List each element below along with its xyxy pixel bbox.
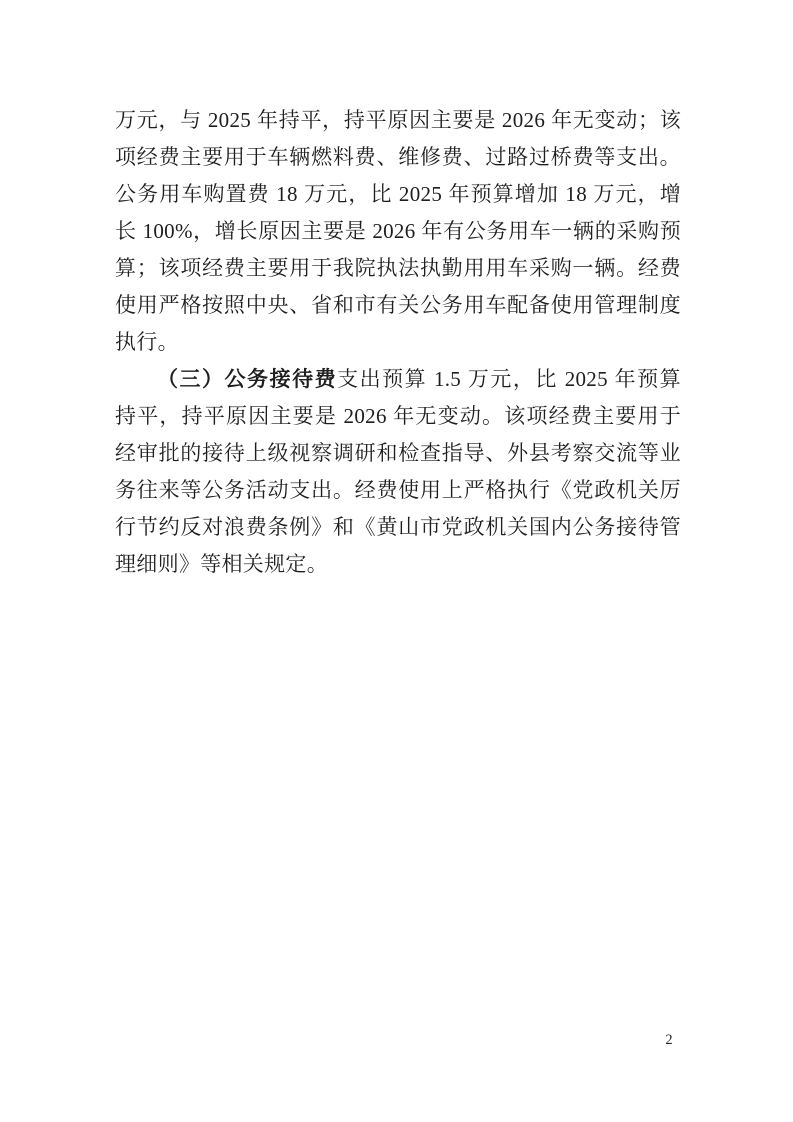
p1-line-6: 使用严格按照中央、省和市有关公务用车配备使用管理制度 (115, 287, 681, 324)
p2-line-2: 持平，持平原因主要是 2026 年无变动。该项经费主要用于 (115, 398, 681, 435)
p2-line-1: （三）公务接待费支出预算 1.5 万元，比 2025 年预算 (115, 361, 681, 398)
section-3-heading: （三）公务接待费 (157, 367, 337, 391)
p1-line-2: 项经费主要用于车辆燃料费、维修费、过路过桥费等支出。 (115, 139, 681, 176)
p1-line-1: 万元，与 2025 年持平，持平原因主要是 2026 年无变动；该 (115, 102, 681, 139)
p2-line-4: 务往来等公务活动支出。经费使用上严格执行《党政机关厉 (115, 472, 681, 509)
p2-line-1-rest: 支出预算 1.5 万元，比 2025 年预算 (337, 367, 681, 391)
document-page: 万元，与 2025 年持平，持平原因主要是 2026 年无变动；该 项经费主要用… (0, 0, 793, 1122)
page-number: 2 (659, 1030, 679, 1050)
p1-line-5: 算；该项经费主要用于我院执法执勤用用车采购一辆。经费 (115, 250, 681, 287)
p2-line-6: 理细则》等相关规定。 (115, 546, 681, 583)
p1-line-3: 公务用车购置费 18 万元，比 2025 年预算增加 18 万元，增 (115, 176, 681, 213)
p2-line-3: 经审批的接待上级视察调研和检查指导、外县考察交流等业 (115, 435, 681, 472)
p2-line-5: 行节约反对浪费条例》和《黄山市党政机关国内公务接待管 (115, 509, 681, 546)
p1-line-4: 长 100%，增长原因主要是 2026 年有公务用车一辆的采购预 (115, 213, 681, 250)
document-text: 万元，与 2025 年持平，持平原因主要是 2026 年无变动；该 项经费主要用… (115, 102, 681, 583)
p1-line-7: 执行。 (115, 324, 681, 361)
